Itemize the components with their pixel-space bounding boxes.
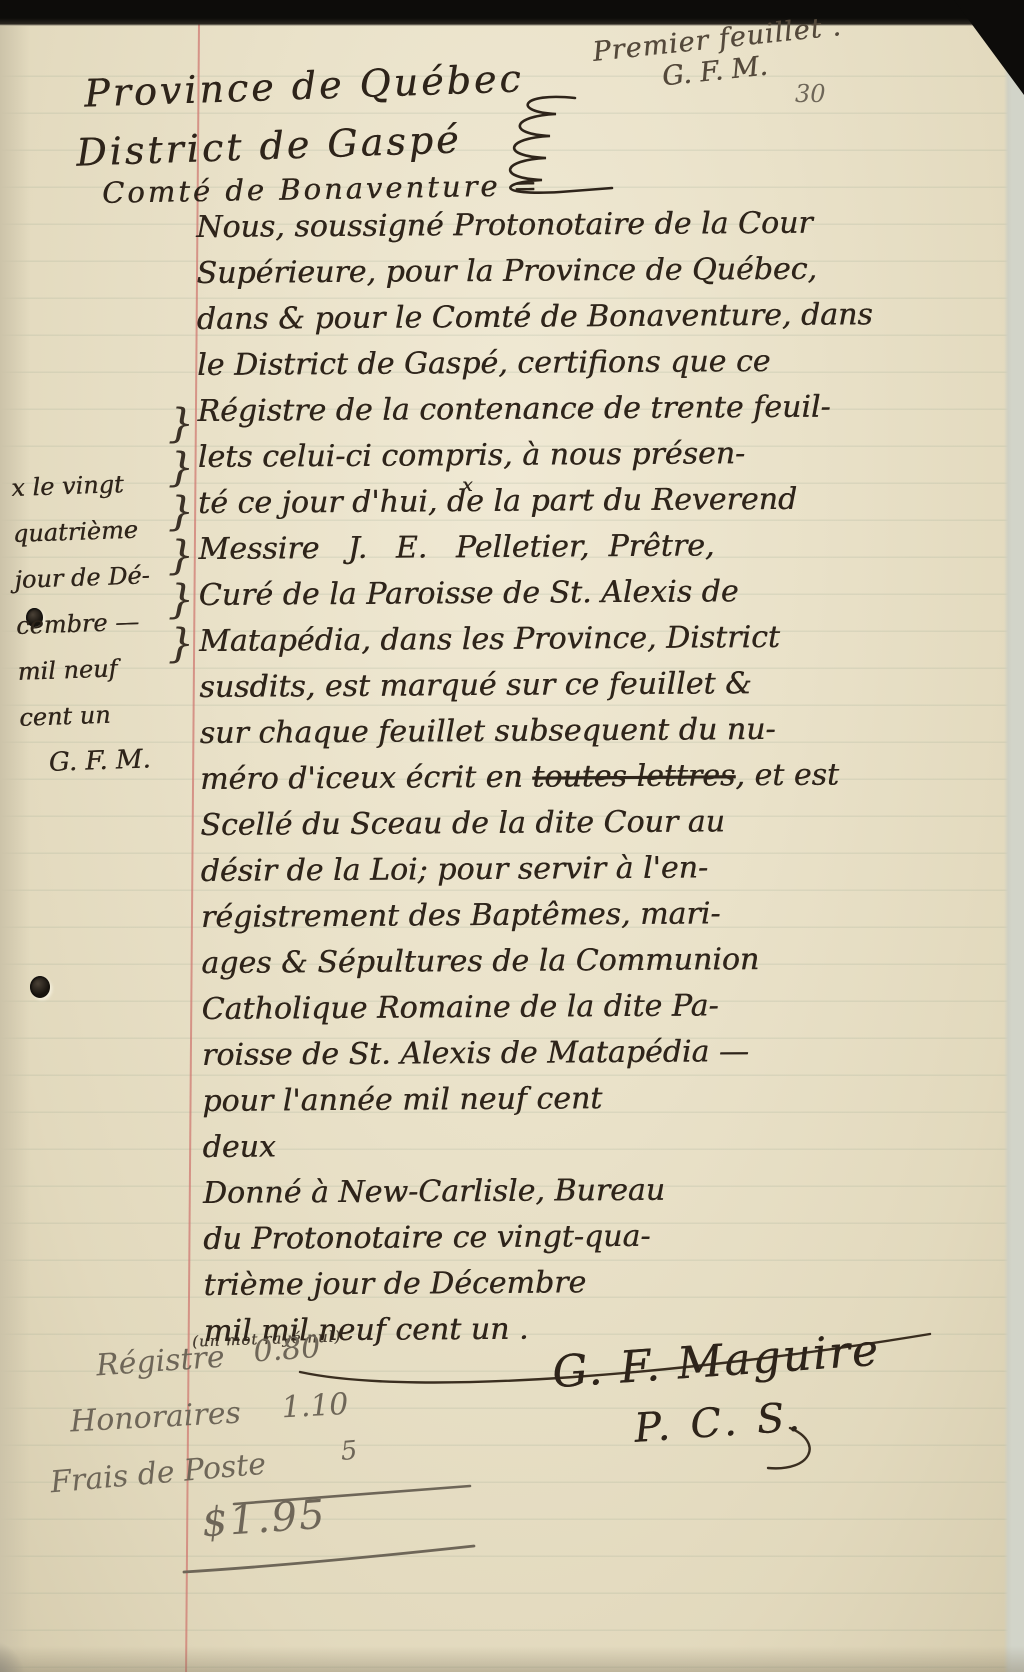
page-edge-bottom-shadow [0,1646,1024,1672]
manuscript-page: Premier feuillet . G. F. M. 30 Province … [0,0,1024,1672]
body-line: le District de Gaspé, certifions que ce [197,338,957,389]
body-line: Donné à New-Carlisle, Bureau [203,1166,963,1217]
body-line: lets celui-ci compris, à nous présen- [198,430,958,481]
fee-total: $1.95 [201,1492,328,1547]
margin-note-line: quatrième [12,505,184,557]
body-line: Supérieure, pour la Province de Québec, [196,246,956,297]
page-edge-right [1004,0,1024,1672]
fee-label: Régistre [95,1340,226,1384]
struck-line-post: , et est [735,758,839,794]
bottom-left-corner-shadow [0,1640,26,1672]
body-line: Nous, soussigné Protonotaire de la Cour [196,200,956,251]
fee-amount: 5 [340,1436,359,1467]
page-edge-left [0,26,30,1672]
body-line: Scellé du Sceau de la dite Cour au [200,798,960,849]
annotation-page-number: 30 [795,80,826,108]
margin-brace-column: } } } } } } [168,402,193,666]
punch-hole-lower [30,976,50,998]
book-edge-top-right-wedge [954,0,1024,95]
header-province: Province de Québec [83,56,524,115]
struck-words: toutes lettres [532,758,735,794]
margin-note-line: cembre — [15,597,187,649]
signature-title: P. C. S. [633,1394,805,1452]
margin-note-line: jour de Dé- [14,551,186,603]
body-line: sur chaque feuillet subsequent du nu- [200,706,960,757]
body-text: Nous, soussigné Protonotaire de la Cour … [196,200,964,1355]
body-line: du Protonotaire ce vingt-qua- [203,1212,963,1263]
margin-note-initials: G. F. M. [20,735,192,787]
body-line: trième jour de Décembre [203,1258,963,1309]
body-line: Catholique Romaine de la dite Pa- [201,982,961,1033]
body-line: Régistre de la contenance de trente feui… [197,384,957,435]
fee-amount: 0.80 [252,1330,321,1370]
fee-row-registre: Régistre 0.80 [95,1340,226,1384]
fee-row-frais-poste: Frais de Poste 5 [49,1447,268,1501]
margin-date-note: x le vingt quatrième jour de Dé- cembre … [10,459,191,787]
body-line: Curé de la Paroisse de St. Alexis de [199,568,959,619]
margin-note-line: x le vingt [10,459,182,511]
body-line: té ce jour d'hui, de la part du Reverend [198,476,958,527]
body-line: Matapédia, dans les Province, District [199,614,959,665]
fee-row-honoraires: Honoraires 1.10 [69,1396,242,1440]
fee-amount: 1.10 [281,1387,350,1425]
body-line: ages & Sépultures de la Communion [201,936,961,987]
fee-label: Honoraires [69,1396,242,1440]
book-edge-top [0,0,1024,26]
body-line-with-strikeout: méro d'iceux écrit en toutes lettres, et… [200,752,960,803]
body-line: dans & pour le Comté de Bonaventure, dan… [197,292,957,343]
fee-total-underline [184,1546,474,1572]
body-line: régistrement des Baptêmes, mari- [201,890,961,941]
struck-line-pre: méro d'iceux écrit en [200,760,532,797]
margin-note-line: cent un [18,689,190,741]
body-line: roisse de St. Alexis de Matapédia — [202,1028,962,1079]
fee-label: Frais de Poste [49,1447,268,1501]
header-district: District de Gaspé [75,117,462,174]
body-line: désir de la Loi; pour servir à l'en- [200,844,960,895]
body-line: Messire J. E. Pelletier, Prêtre, [198,522,958,573]
body-line: pour l'année mil neuf cent [202,1074,962,1125]
body-line: susdits, est marqué sur ce feuillet & [199,660,959,711]
insertion-x-mark: x [462,474,473,496]
margin-note-line: mil neuf [17,643,189,695]
body-line: deux [202,1120,962,1171]
